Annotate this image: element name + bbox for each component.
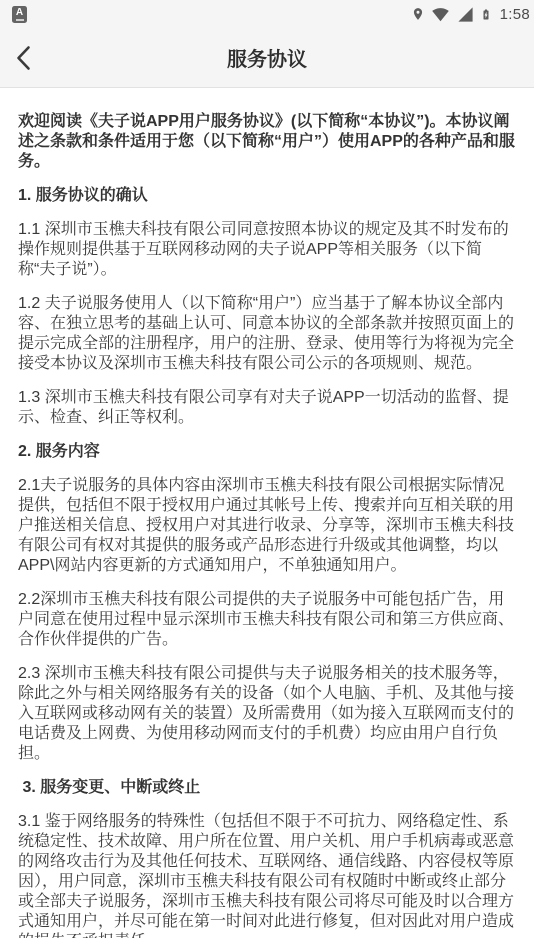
agreement-paragraph-1-3: 1.3 深圳市玉樵夫科技有限公司享有对夫子说APP一切活动的监督、提示、检查、纠… bbox=[18, 388, 519, 428]
status-bar: A 1:58 bbox=[0, 0, 534, 28]
agreement-paragraph-2-3: 2.3 深圳市玉樵夫科技有限公司提供与夫子说服务相关的技术服务等，除此之外与相关… bbox=[18, 664, 519, 764]
status-bar-right: 1:58 bbox=[411, 5, 530, 24]
wifi-icon bbox=[430, 6, 451, 23]
agreement-intro: 欢迎阅读《夫子说APP用户服务协议》(以下简称“本协议”)。本协议阐述之条款和条… bbox=[18, 112, 519, 172]
agreement-paragraph-1-1: 1.1 深圳市玉樵夫科技有限公司同意按照本协议的规定及其不时发布的操作规则提供基… bbox=[18, 220, 519, 280]
agreement-paragraph-3-1: 3.1 鉴于网络服务的特殊性（包括但不限于不可抗力、网络稳定性、系统稳定性、技术… bbox=[18, 812, 519, 938]
section-heading-2: 2. 服务内容 bbox=[18, 442, 519, 462]
notification-app-icon: A bbox=[12, 6, 27, 23]
page-title: 服务协议 bbox=[227, 43, 307, 72]
section-heading-1: 1. 服务协议的确认 bbox=[18, 186, 519, 206]
notification-app-icon-letter: A bbox=[16, 8, 23, 18]
agreement-paragraph-2-2: 2.2深圳市玉樵夫科技有限公司提供的夫子说服务中可能包括广告，用户同意在使用过程… bbox=[18, 590, 519, 650]
agreement-scroll-area[interactable]: 欢迎阅读《夫子说APP用户服务协议》(以下简称“本协议”)。本协议阐述之条款和条… bbox=[0, 88, 534, 938]
section-heading-3: 3. 服务变更、中断或终止 bbox=[18, 778, 519, 798]
battery-charging-icon bbox=[480, 5, 492, 24]
back-button[interactable] bbox=[16, 28, 52, 87]
screen: A 1:58 服务协议 bbox=[0, 0, 534, 950]
cellular-signal-icon bbox=[456, 6, 475, 23]
back-chevron-icon bbox=[16, 45, 31, 71]
app-bar: 服务协议 bbox=[0, 28, 534, 88]
agreement-paragraph-2-1: 2.1夫子说服务的具体内容由深圳市玉樵夫科技有限公司根据实际情况提供，包括但不限… bbox=[18, 476, 519, 576]
location-icon bbox=[411, 6, 425, 22]
status-time: 1:58 bbox=[500, 6, 530, 23]
status-bar-left: A bbox=[12, 6, 27, 23]
agreement-paragraph-1-2: 1.2 夫子说服务使用人（以下简称“用户”）应当基于了解本协议全部内容、在独立思… bbox=[18, 294, 519, 374]
